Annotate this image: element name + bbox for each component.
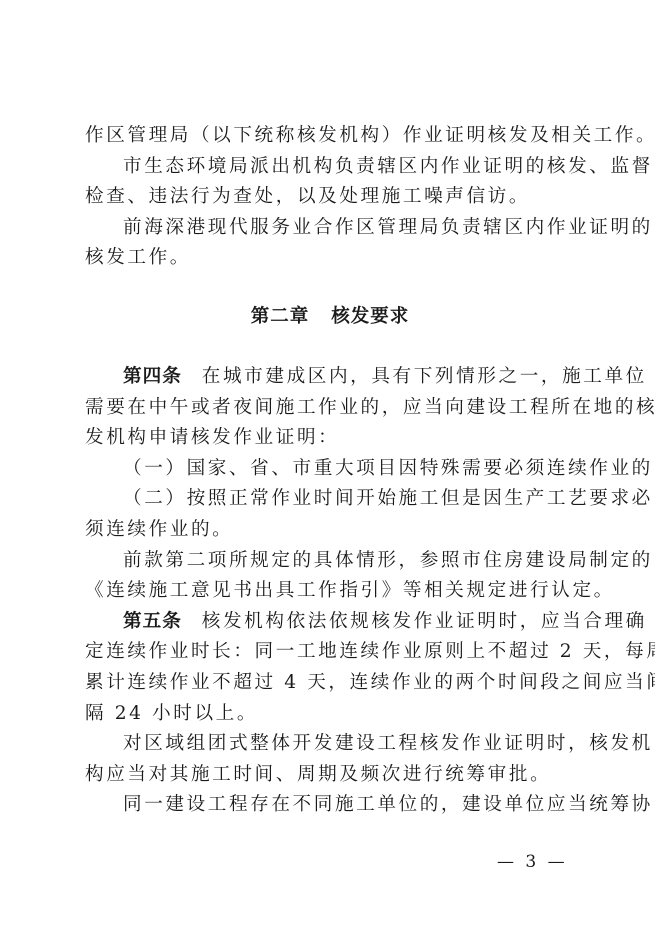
chapter-heading: 第二章核发要求: [85, 302, 575, 332]
paragraph-line: 市生态环境局派出机构负责辖区内作业证明的核发、监督: [85, 152, 575, 183]
article-5-label: 第五条: [123, 611, 182, 632]
article-4-line: 发机构申请核发作业证明：: [85, 423, 575, 454]
article-4-line: 需要在中午或者夜间施工作业的，应当向建设工程所在地的核: [85, 393, 575, 424]
article-4-item: 《连续施工意见书出具工作指引》等相关规定进行认定。: [85, 576, 575, 607]
article-4-label: 第四条: [123, 366, 182, 387]
article-4-item: 须连续作业的。: [85, 515, 575, 546]
article-5-line: 第五条核发机构依法依规核发作业证明时，应当合理确: [85, 607, 575, 638]
article-5-line: 累计连续作业不超过 4 天，连续作业的两个时间段之间应当间: [85, 668, 575, 699]
article-4-item: （一）国家、省、市重大项目因特殊需要必须连续作业的；: [85, 454, 575, 485]
document-page: 作区管理局（以下统称核发机构）作业证明核发及相关工作。 市生态环境局派出机构负责…: [85, 121, 575, 821]
paragraph-line: 作区管理局（以下统称核发机构）作业证明核发及相关工作。: [85, 121, 575, 152]
paragraph-line: 检查、违法行为查处，以及处理施工噪声信访。: [85, 182, 575, 213]
article-4-item: （二）按照正常作业时间开始施工但是因生产工艺要求必: [85, 484, 575, 515]
paragraph-line: 前海深港现代服务业合作区管理局负责辖区内作业证明的: [85, 213, 575, 244]
article-5-line: 定连续作业时长：同一工地连续作业原则上不超过 2 天，每周: [85, 637, 575, 668]
article-4-item: 前款第二项所规定的具体情形，参照市住房建设局制定的: [85, 546, 575, 577]
article-4-line: 第四条在城市建成区内，具有下列情形之一，施工单位: [85, 362, 575, 393]
article-5-item: 构应当对其施工时间、周期及频次进行统筹审批。: [85, 760, 575, 791]
article-5-item: 对区域组团式整体开发建设工程核发作业证明时，核发机: [85, 729, 575, 760]
paragraph-line: 核发工作。: [85, 243, 575, 274]
article-5-line: 隔 24 小时以上。: [85, 699, 575, 730]
page-number: — 3 —: [497, 852, 568, 872]
article-5-item: 同一建设工程存在不同施工单位的，建设单位应当统筹协: [85, 790, 575, 821]
chapter-number: 第二章: [251, 306, 310, 327]
chapter-title: 核发要求: [331, 306, 409, 327]
